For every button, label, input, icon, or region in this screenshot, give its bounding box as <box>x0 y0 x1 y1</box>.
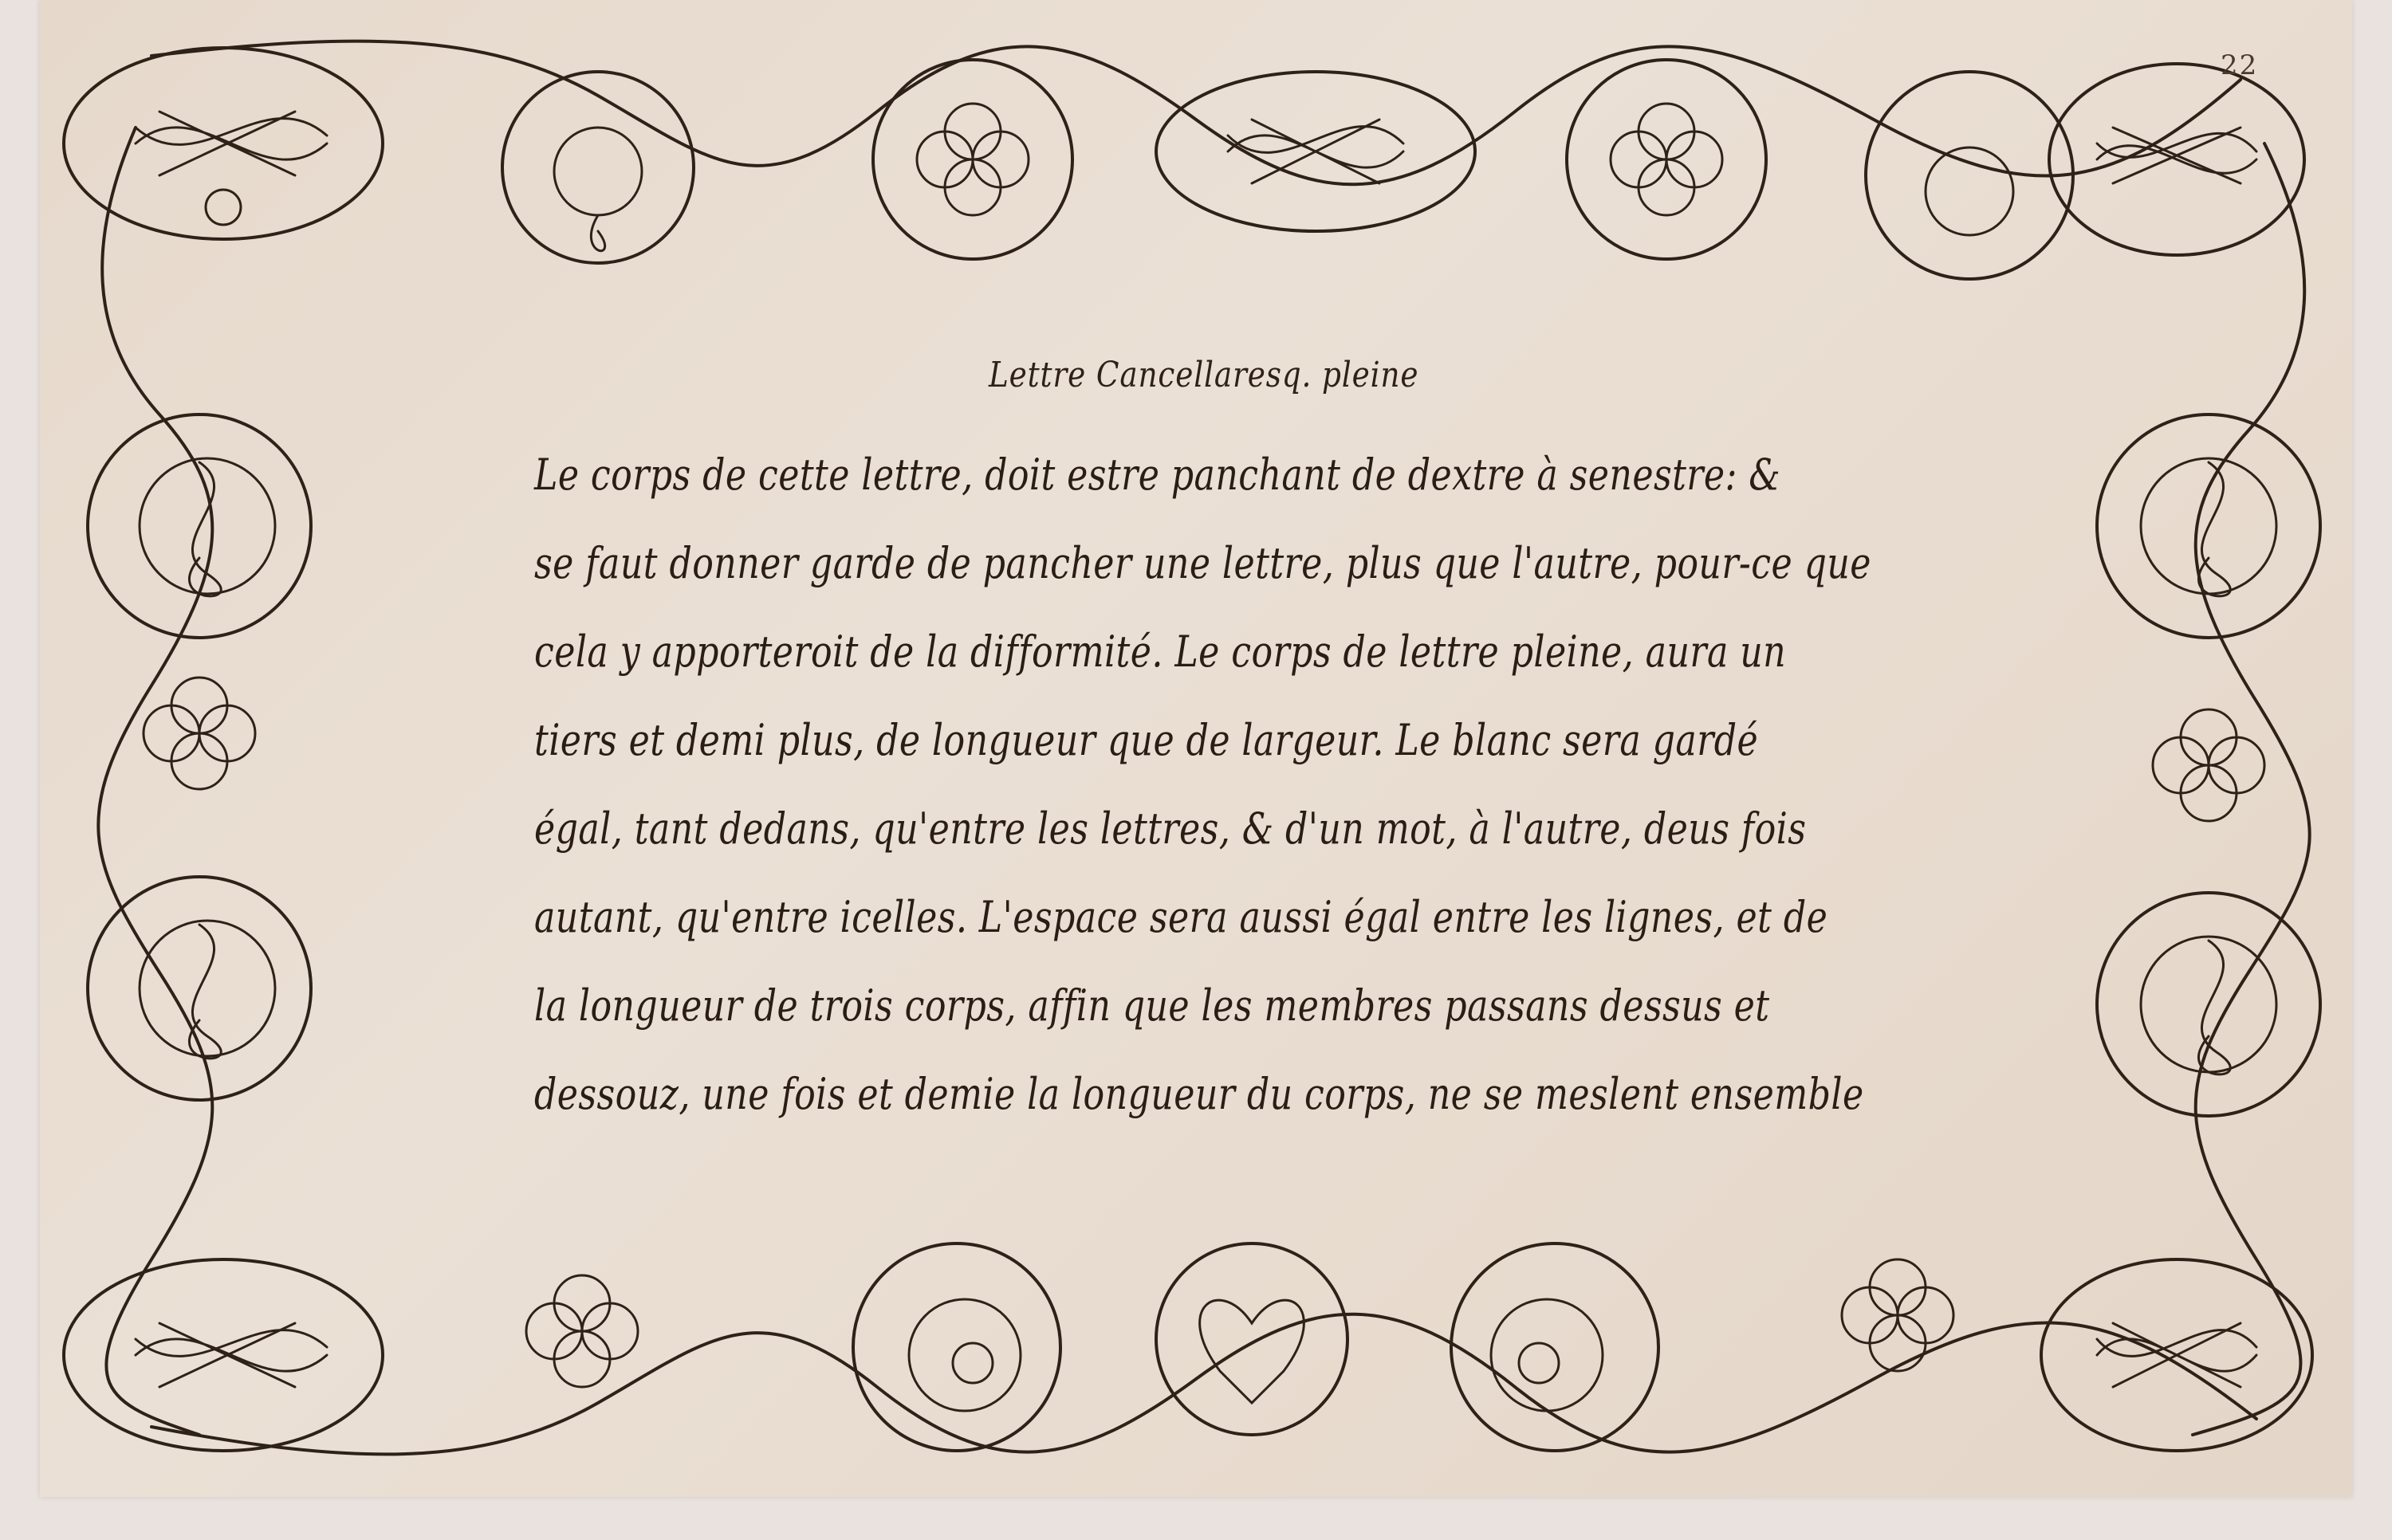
text-line: égal, tant dedans, qu'entre les lettres,… <box>534 784 1776 873</box>
body-text: Le corps de cette lettre, doit estre pan… <box>534 430 2049 1138</box>
page-title: Lettre Cancellaresq. pleine <box>989 355 1531 395</box>
text-line: Le corps de cette lettre, doit estre pan… <box>534 430 1776 519</box>
text-line: la longueur de trois corps, affin que le… <box>534 961 1776 1050</box>
text-line: se faut donner garde de pancher une lett… <box>534 519 1776 607</box>
text-line: autant, qu'entre icelles. L'espace sera … <box>534 873 1776 961</box>
page-number: 22 <box>2221 49 2258 81</box>
text-line: dessouz, une fois et demie la longueur d… <box>534 1050 1776 1138</box>
text-line: tiers et demi plus, de longueur que de l… <box>534 696 1776 784</box>
manuscript-page: 22 Lettre Cancellaresq. pleine Le corps … <box>40 0 2352 1497</box>
text-line: cela y apporteroit de la difformité. Le … <box>534 607 1776 696</box>
